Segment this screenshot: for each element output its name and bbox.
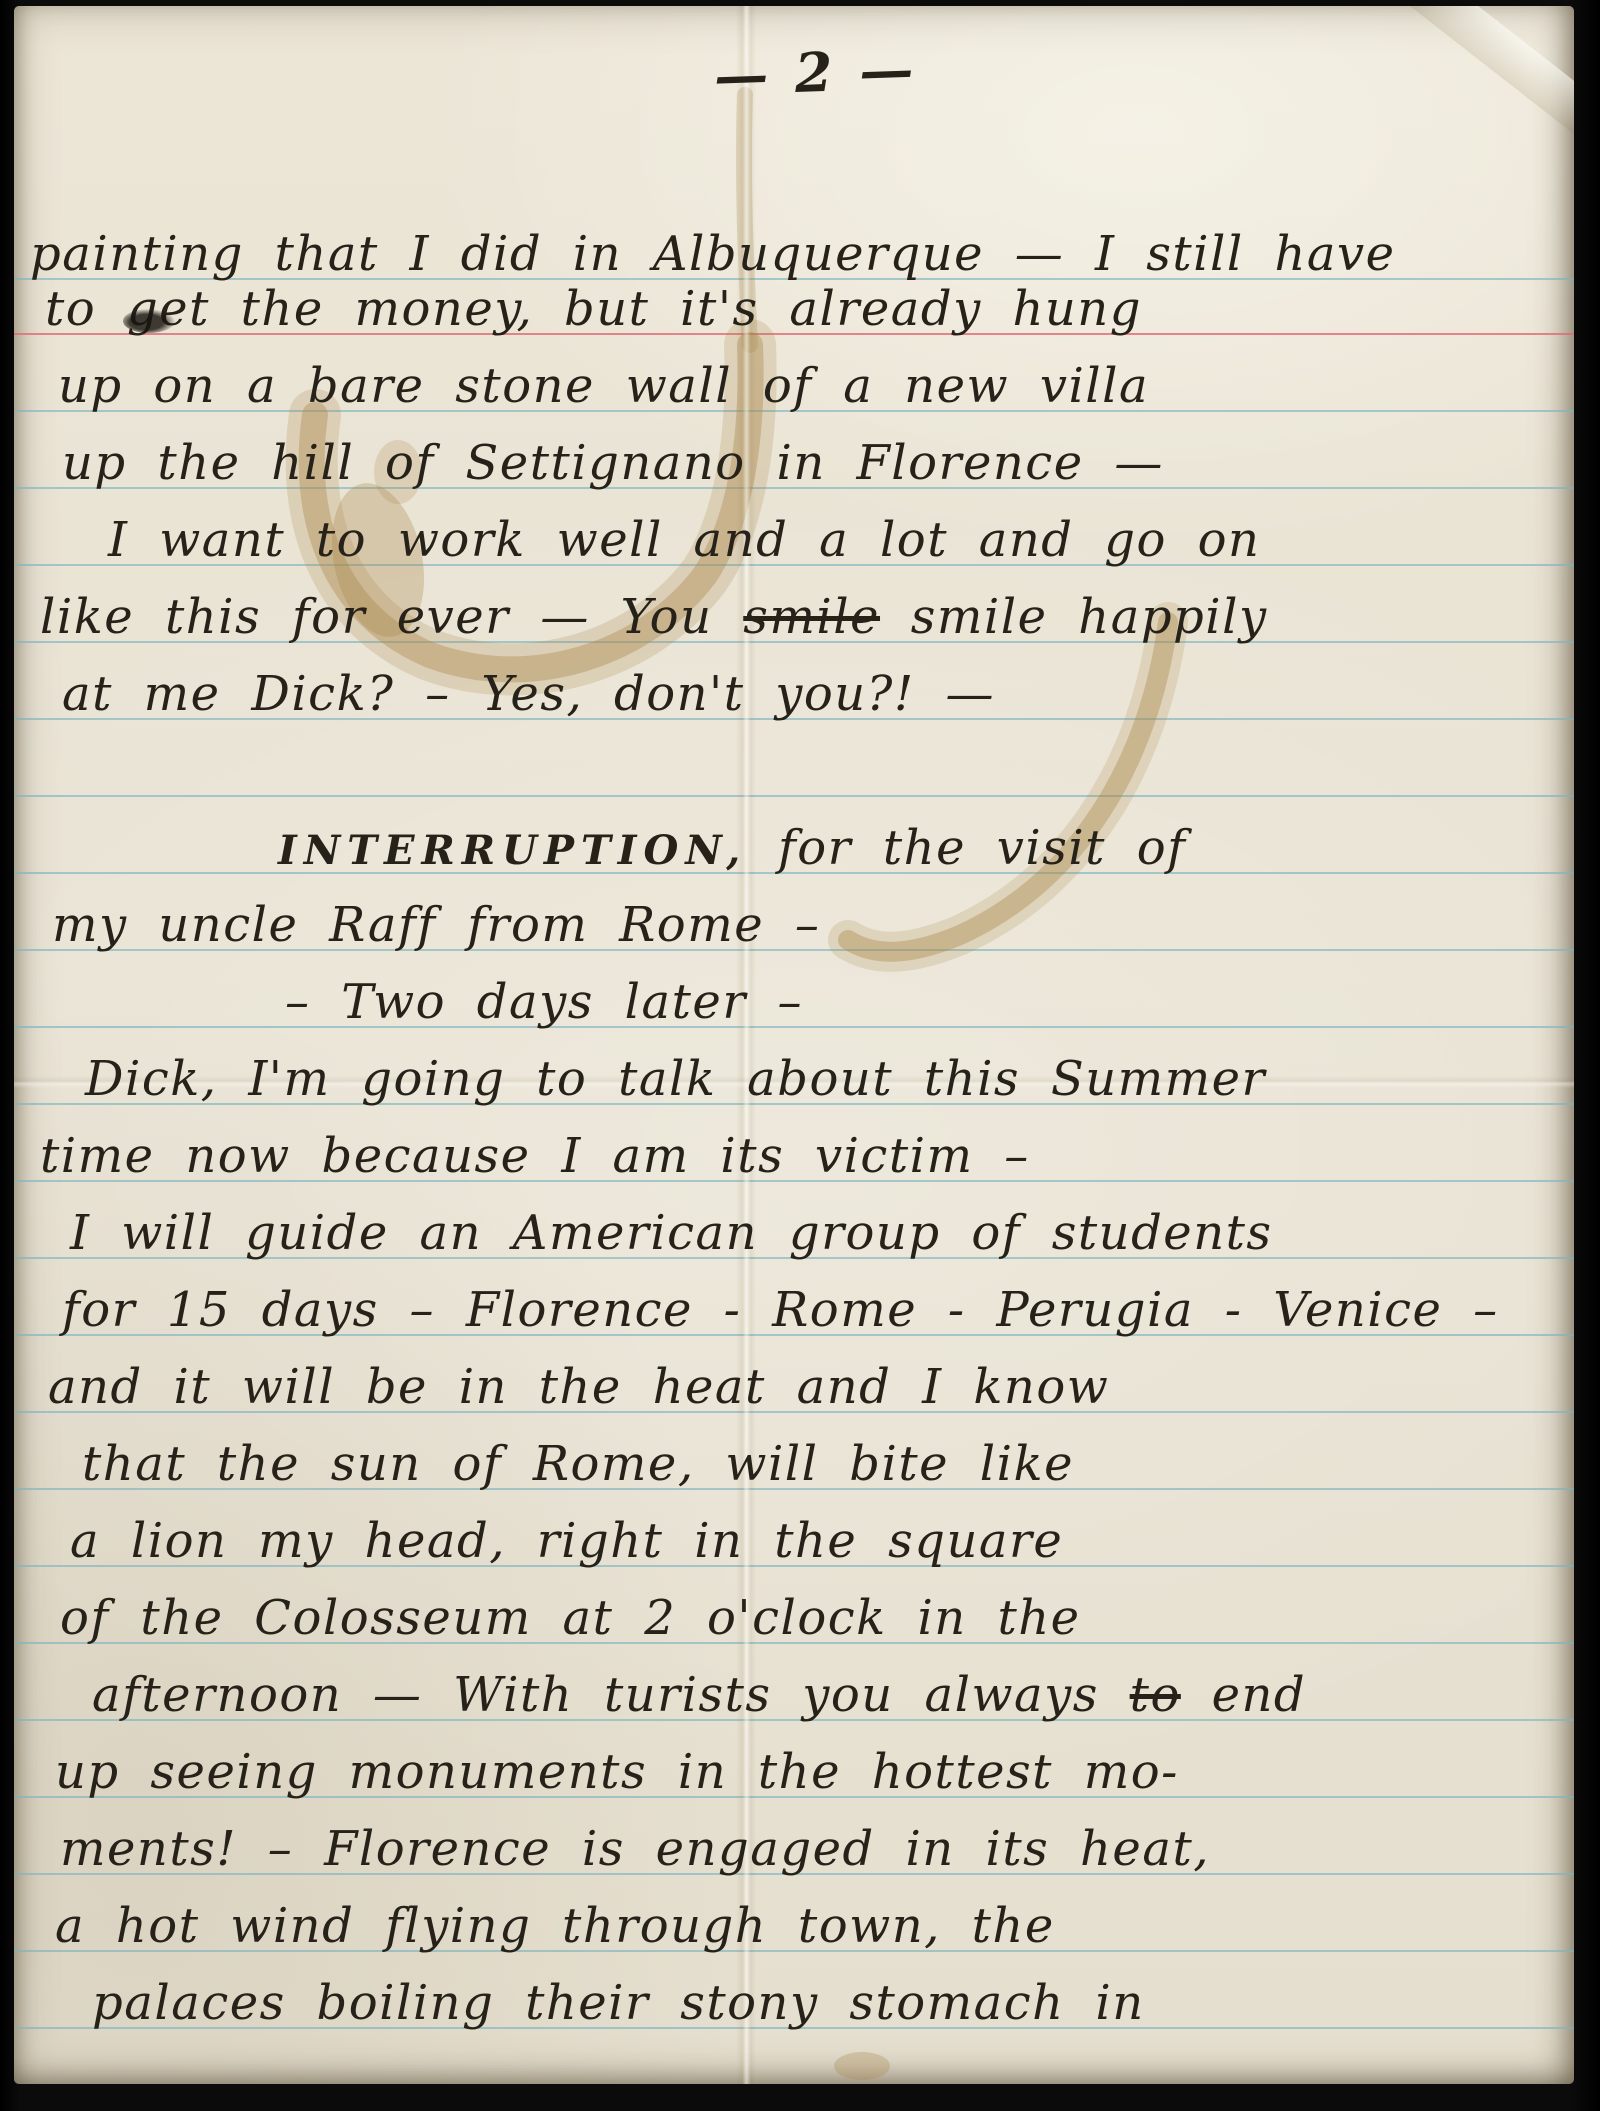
handwriting-segment: a lion my head, right in the square <box>70 1513 1063 1569</box>
handwriting-segment: Dick, I'm going to talk about this Summe… <box>85 1051 1266 1107</box>
handwriting-segment: painting that I did in Albuquerque — I s… <box>30 226 1396 282</box>
handwriting-segment: up the hill of Settignano in Florence — <box>62 435 1164 491</box>
handwriting-segment: up seeing monuments in the hottest mo- <box>55 1744 1179 1800</box>
letter-line: a lion my head, right in the square <box>70 1509 1063 1573</box>
crossed-out-word: to <box>1130 1667 1181 1723</box>
letter-line: my uncle Raff from Rome – <box>52 893 820 957</box>
corner-crease <box>1363 6 1574 154</box>
handwriting-segment: that the sun of Rome, will bite like <box>82 1436 1074 1492</box>
handwriting-segment: palaces boiling their stony stomach in <box>92 1975 1145 2031</box>
page-number: — 2 — <box>713 36 935 108</box>
crossed-out-word: smile <box>743 589 880 645</box>
letter-line: up the hill of Settignano in Florence — <box>62 431 1164 495</box>
handwriting-segment: of the Colosseum at 2 o'clock in the <box>60 1590 1081 1646</box>
letter-line: up on a bare stone wall of a new villa <box>58 354 1149 418</box>
letter-line: ments! – Florence is engaged in its heat… <box>60 1817 1210 1881</box>
letter-line: Dick, I'm going to talk about this Summe… <box>85 1047 1266 1111</box>
letter-line: of the Colosseum at 2 o'clock in the <box>60 1586 1081 1650</box>
letter-line: I want to work well and a lot and go on <box>108 508 1260 572</box>
letter-line: that the sun of Rome, will bite like <box>82 1432 1074 1496</box>
handwriting-segment: for 15 days – Florence - Rome - Perugia … <box>62 1282 1499 1338</box>
handwriting-segment: and it will be in the heat and I know <box>48 1359 1109 1415</box>
handwriting-segment: at me Dick? – Yes, don't you?! — <box>62 666 995 722</box>
letter-line: at me Dick? – Yes, don't you?! — <box>62 662 995 726</box>
handwriting-segment: time now because I am its victim – <box>40 1128 1030 1184</box>
letter-line: INTERRUPTION, for the visit of <box>278 816 1186 883</box>
handwriting-segment: the money, but it's already hung <box>210 281 1142 337</box>
handwriting-segment: end <box>1181 1667 1306 1723</box>
handwriting-segment: smile happily <box>880 589 1268 645</box>
handwriting-segment: get <box>127 281 210 337</box>
letter-line: and it will be in the heat and I know <box>48 1355 1109 1419</box>
letter-line: I will guide an American group of studen… <box>70 1201 1273 1265</box>
handwriting-segment: to <box>45 281 127 337</box>
handwriting-segment: my uncle Raff from Rome – <box>52 897 820 953</box>
handwriting-segment: I will guide an American group of studen… <box>70 1205 1273 1261</box>
handwriting-segment: I want to work well and a lot and go on <box>108 512 1260 568</box>
handwriting-segment: like this for ever — You <box>40 589 743 645</box>
handwriting-segment: up on a bare stone wall of a new villa <box>58 358 1149 414</box>
handwriting-segment: INTERRUPTION, <box>278 827 747 874</box>
letter-page: — 2 — painting that I did in Albuquerque… <box>14 6 1574 2084</box>
letter-line: a hot wind flying through town, the <box>55 1894 1055 1958</box>
letter-line: like this for ever — You smile smile hap… <box>40 585 1268 649</box>
handwriting-segment: a hot wind flying through town, the <box>55 1898 1055 1954</box>
letter-line: for 15 days – Florence - Rome - Perugia … <box>62 1278 1499 1342</box>
letter-line: up seeing monuments in the hottest mo- <box>55 1740 1179 1804</box>
letter-line: time now because I am its victim – <box>40 1124 1030 1188</box>
letter-line: palaces boiling their stony stomach in <box>92 1971 1145 2035</box>
handwriting-segment: afternoon — With turists you always <box>92 1667 1130 1723</box>
letter-line: afternoon — With turists you always to e… <box>92 1663 1306 1727</box>
handwriting-segment: – Two days later – <box>285 974 803 1030</box>
scan-background: — 2 — painting that I did in Albuquerque… <box>0 0 1600 2111</box>
letter-line: to get the money, but it's already hung <box>45 277 1142 341</box>
letter-line: – Two days later – <box>285 970 803 1034</box>
handwriting-segment: for the visit of <box>747 820 1186 876</box>
handwriting-segment: ments! – Florence is engaged in its heat… <box>60 1821 1210 1877</box>
ruled-line <box>14 795 1574 797</box>
small-bottom-stain <box>834 2052 890 2080</box>
